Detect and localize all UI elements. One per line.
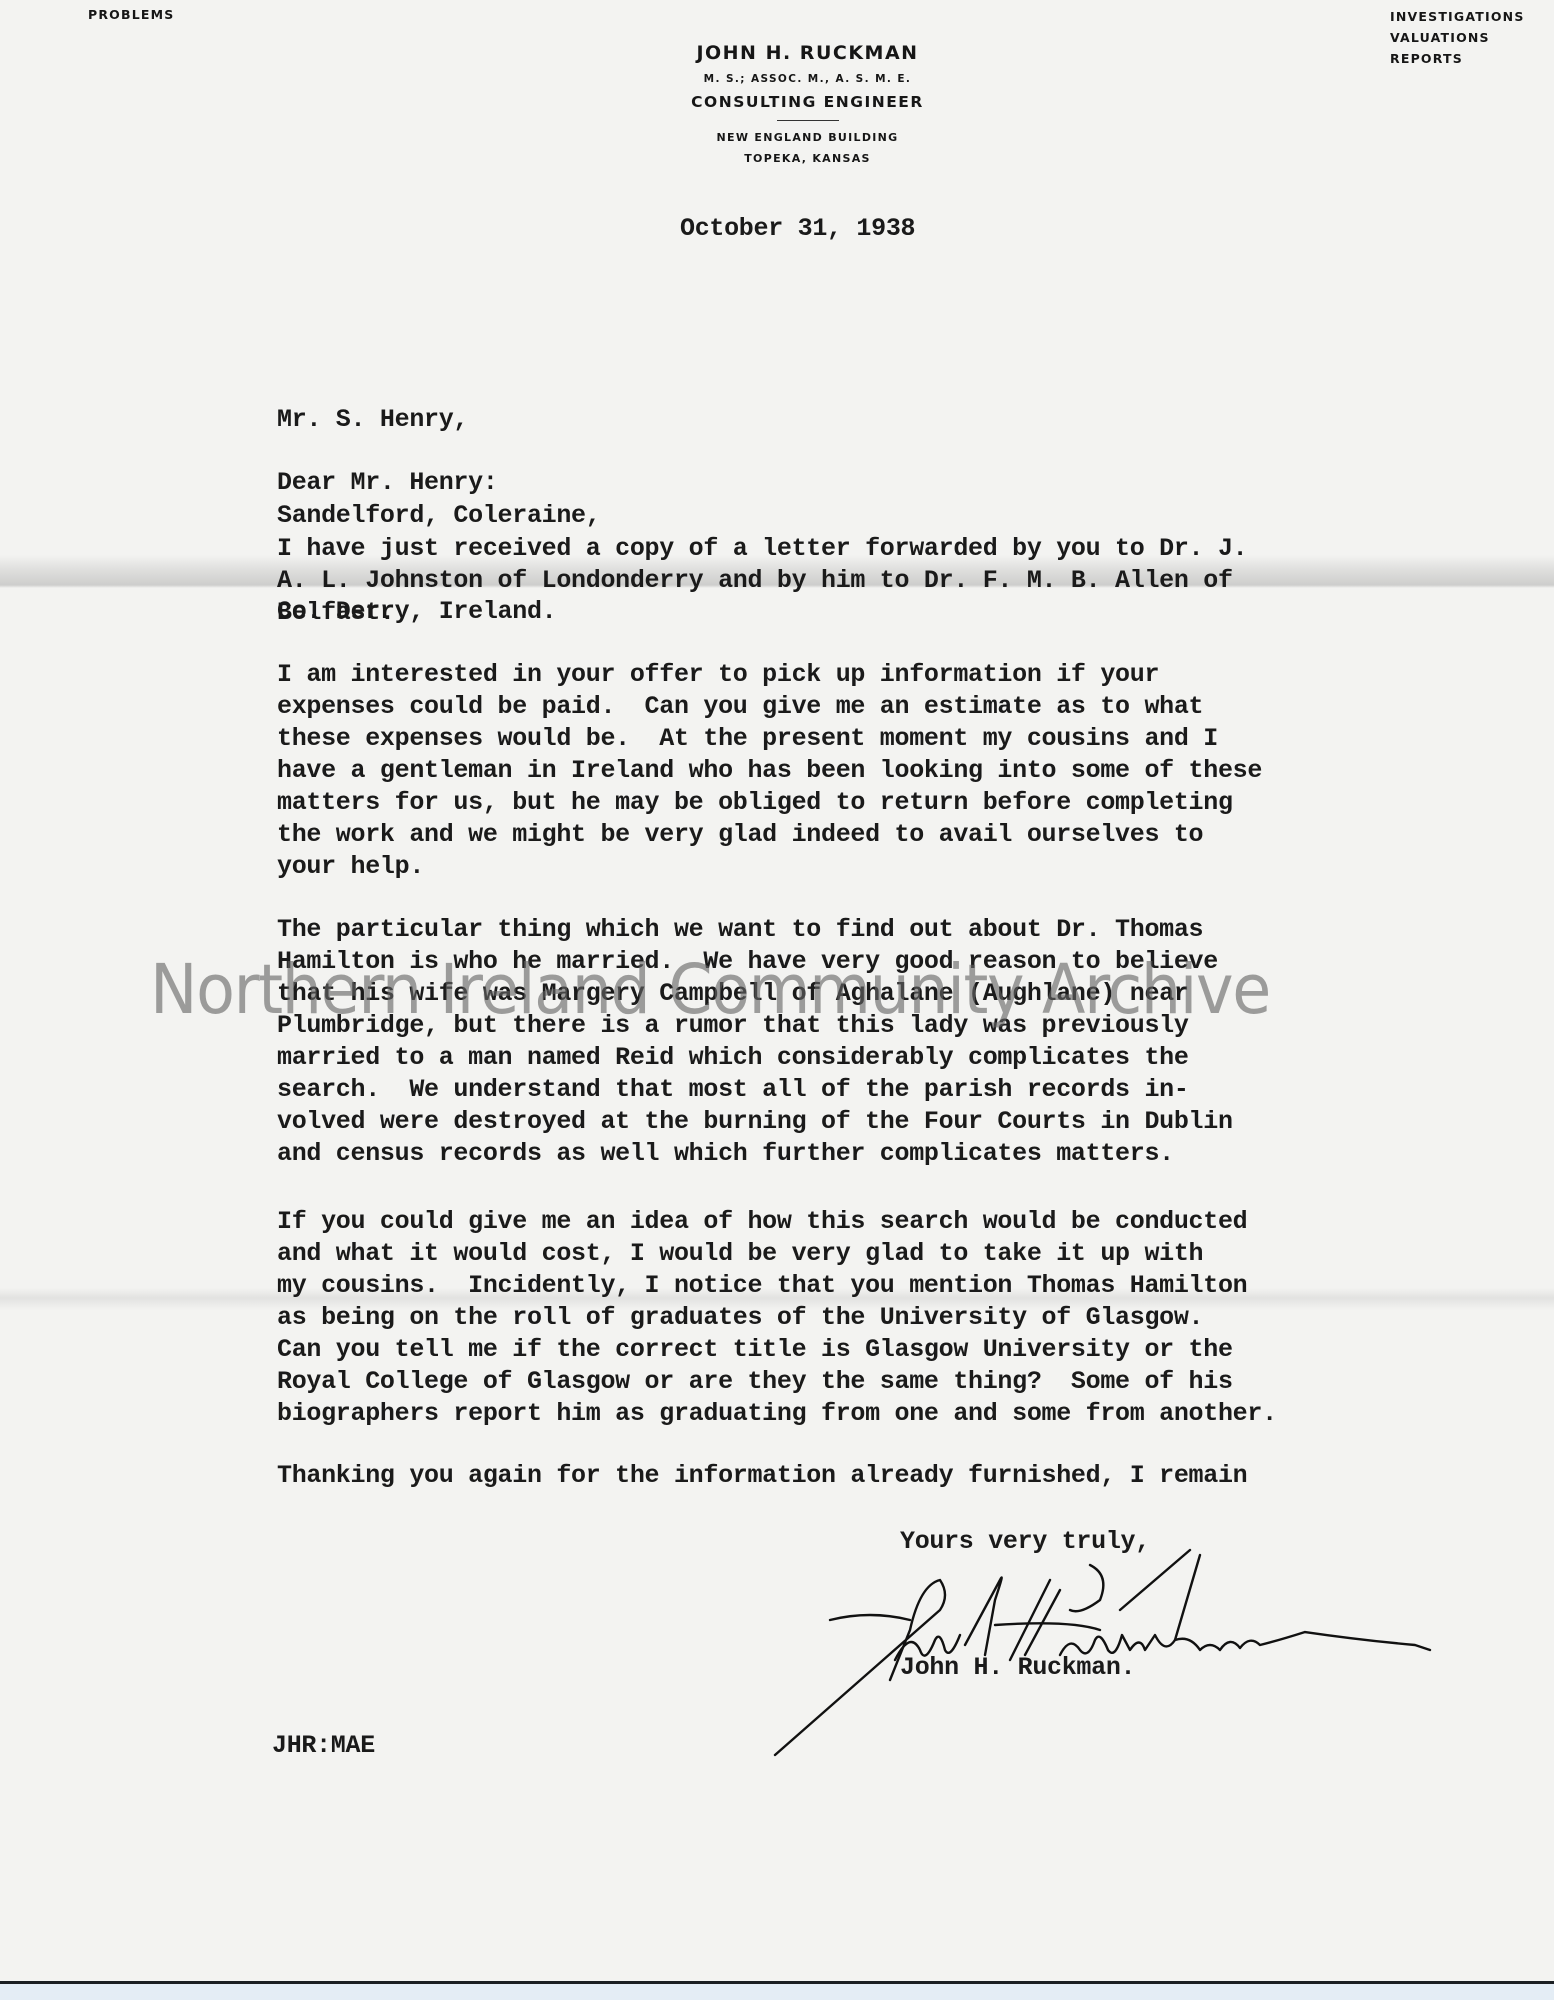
paragraph-4: If you could give me an idea of how this… bbox=[277, 1206, 1277, 1430]
archive-watermark: Northern Ireland Community Archive bbox=[150, 945, 1309, 1035]
paragraph-line: have a gentleman in Ireland who has been… bbox=[277, 755, 1262, 787]
paragraph-line: as being on the roll of graduates of the… bbox=[277, 1302, 1277, 1334]
paragraph-line: Thanking you again for the information a… bbox=[277, 1460, 1247, 1492]
letterhead-corner-right: INVESTIGATIONS VALUATIONS REPORTS bbox=[1390, 6, 1525, 69]
paragraph-line: expenses could be paid. Can you give me … bbox=[277, 691, 1262, 723]
paragraph-line: the work and we might be very glad indee… bbox=[277, 819, 1262, 851]
paragraph-line: matters for us, but he may be obliged to… bbox=[277, 787, 1262, 819]
paragraph-line: and census records as well which further… bbox=[277, 1138, 1233, 1170]
paragraph-2: I am interested in your offer to pick up… bbox=[277, 659, 1262, 883]
paragraph-line: biographers report him as graduating fro… bbox=[277, 1398, 1277, 1430]
letterhead: JOHN H. RUCKMAN M. S.; ASSOC. M., A. S. … bbox=[600, 38, 1015, 169]
paragraph-5: Thanking you again for the information a… bbox=[277, 1460, 1247, 1492]
paragraph-line: Belfast. bbox=[277, 597, 1247, 629]
signatory-name: John H. Ruckman. bbox=[900, 1652, 1135, 1684]
paragraph-line: your help. bbox=[277, 851, 1262, 883]
letter-date: October 31, 1938 bbox=[680, 213, 915, 245]
letterhead-address-line1: NEW ENGLAND BUILDING bbox=[600, 127, 1015, 148]
paragraph-line: volved were destroyed at the burning of … bbox=[277, 1106, 1233, 1138]
salutation: Dear Mr. Henry: bbox=[277, 467, 498, 499]
letter-page: PROBLEMS INVESTIGATIONS VALUATIONS REPOR… bbox=[0, 0, 1554, 1984]
letterhead-credentials: M. S.; ASSOC. M., A. S. M. E. bbox=[600, 68, 1015, 90]
paragraph-line: these expenses would be. At the present … bbox=[277, 723, 1262, 755]
letterhead-title: CONSULTING ENGINEER bbox=[600, 90, 1015, 114]
scan-background bbox=[0, 1984, 1554, 2000]
service-valuations: VALUATIONS bbox=[1390, 27, 1525, 48]
paragraph-line: Can you tell me if the correct title is … bbox=[277, 1334, 1277, 1366]
letterhead-name: JOHN H. RUCKMAN bbox=[600, 38, 1015, 68]
paragraph-line: A. L. Johnston of Londonderry and by him… bbox=[277, 565, 1247, 597]
paragraph-1: I have just received a copy of a letter … bbox=[277, 533, 1247, 629]
letterhead-divider bbox=[777, 120, 839, 121]
paragraph-line: If you could give me an idea of how this… bbox=[277, 1206, 1277, 1238]
service-reports: REPORTS bbox=[1390, 48, 1525, 69]
paragraph-line: I have just received a copy of a letter … bbox=[277, 533, 1247, 565]
reference-initials: JHR:MAE bbox=[272, 1730, 375, 1762]
paragraph-line: Royal College of Glasgow or are they the… bbox=[277, 1366, 1277, 1398]
handwritten-signature bbox=[770, 1540, 1530, 1760]
letterhead-address-line2: TOPEKA, KANSAS bbox=[600, 148, 1015, 169]
paragraph-line: and what it would cost, I would be very … bbox=[277, 1238, 1277, 1270]
recipient-line: Mr. S. Henry, bbox=[277, 404, 600, 436]
recipient-address: Mr. S. Henry, Sandelford, Coleraine, Co.… bbox=[277, 340, 600, 692]
letterhead-corner-left: PROBLEMS bbox=[88, 4, 175, 25]
paragraph-line: married to a man named Reid which consid… bbox=[277, 1042, 1233, 1074]
service-investigations: INVESTIGATIONS bbox=[1390, 6, 1525, 27]
paragraph-line: my cousins. Incidently, I notice that yo… bbox=[277, 1270, 1277, 1302]
paragraph-line: search. We understand that most all of t… bbox=[277, 1074, 1233, 1106]
paragraph-line: The particular thing which we want to fi… bbox=[277, 914, 1233, 946]
paragraph-line: I am interested in your offer to pick up… bbox=[277, 659, 1262, 691]
recipient-line: Sandelford, Coleraine, bbox=[277, 500, 600, 532]
